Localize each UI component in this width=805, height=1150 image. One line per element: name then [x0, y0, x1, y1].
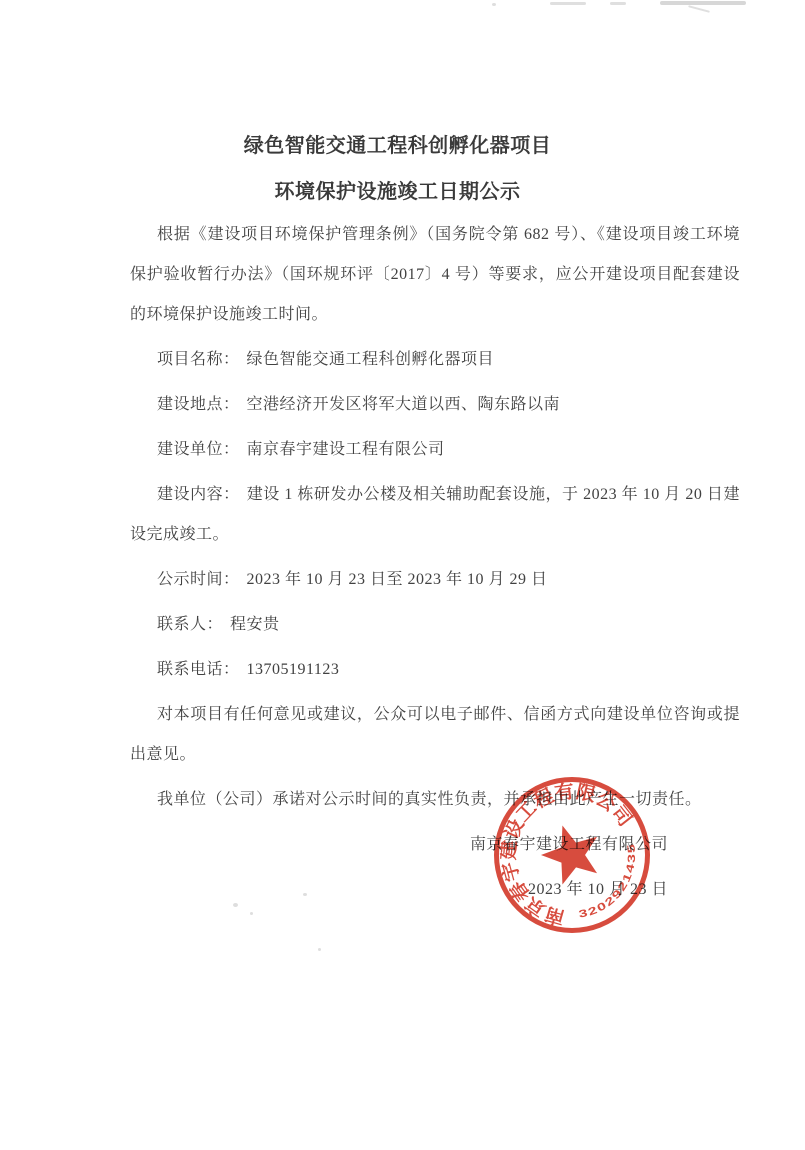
scan-artifact — [250, 912, 253, 915]
scan-artifact — [550, 2, 586, 5]
field-value: 南京春宇建设工程有限公司 — [247, 441, 445, 458]
field-label: 建设内容： — [157, 486, 240, 503]
field-value: 空港经济开发区将军大道以西、陶东路以南 — [247, 396, 561, 413]
doc-title-line1: 绿色智能交通工程科创孵化器项目 — [0, 123, 795, 169]
field-content: 建设内容：建设 1 栋研发办公楼及相关辅助配套设施，于 2023 年 10 月 … — [130, 475, 740, 555]
intro-paragraph: 根据《建设项目环境保护管理条例》（国务院令第 682 号）、《建设项目竣工环境保… — [130, 215, 740, 335]
field-value: 程安贵 — [230, 616, 280, 633]
scan-artifact — [610, 2, 626, 5]
field-label: 建设单位： — [157, 441, 240, 458]
field-builder: 建设单位：南京春宇建设工程有限公司 — [130, 430, 740, 470]
scan-artifact — [492, 3, 496, 6]
field-value: 13705191123 — [247, 661, 340, 678]
scan-artifact — [318, 948, 321, 951]
scan-artifact — [660, 1, 746, 5]
field-publicity-period: 公示时间：2023 年 10 月 23 日至 2023 年 10 月 29 日 — [130, 560, 740, 600]
scan-artifact — [303, 893, 307, 896]
field-value: 绿色智能交通工程科创孵化器项目 — [247, 351, 495, 368]
doc-title-line2: 环境保护设施竣工日期公示 — [0, 169, 795, 215]
feedback-paragraph: 对本项目有任何意见或建议，公众可以电子邮件、信函方式向建设单位咨询或提出意见。 — [130, 695, 740, 775]
field-contact-person: 联系人：程安贵 — [130, 605, 740, 645]
seal-star-icon — [534, 816, 607, 888]
doc-body: 根据《建设项目环境保护管理条例》（国务院令第 682 号）、《建设项目竣工环境保… — [130, 215, 740, 820]
scan-artifact — [233, 903, 238, 907]
field-label: 建设地点： — [157, 396, 240, 413]
field-location: 建设地点：空港经济开发区将军大道以西、陶东路以南 — [130, 385, 740, 425]
document-page: 绿色智能交通工程科创孵化器项目 环境保护设施竣工日期公示 根据《建设项目环境保护… — [0, 0, 805, 1150]
field-contact-phone: 联系电话：13705191123 — [130, 650, 740, 690]
field-value: 2023 年 10 月 23 日至 2023 年 10 月 29 日 — [247, 571, 548, 588]
field-label: 联系人： — [157, 616, 223, 633]
field-project-name: 项目名称：绿色智能交通工程科创孵化器项目 — [130, 340, 740, 380]
field-label: 联系电话： — [157, 661, 240, 678]
field-label: 公示时间： — [157, 571, 240, 588]
company-seal: 南京春宇建设工程有限公司 3202921435 — [487, 770, 657, 940]
scan-artifact — [688, 5, 710, 13]
field-label: 项目名称： — [157, 351, 240, 368]
